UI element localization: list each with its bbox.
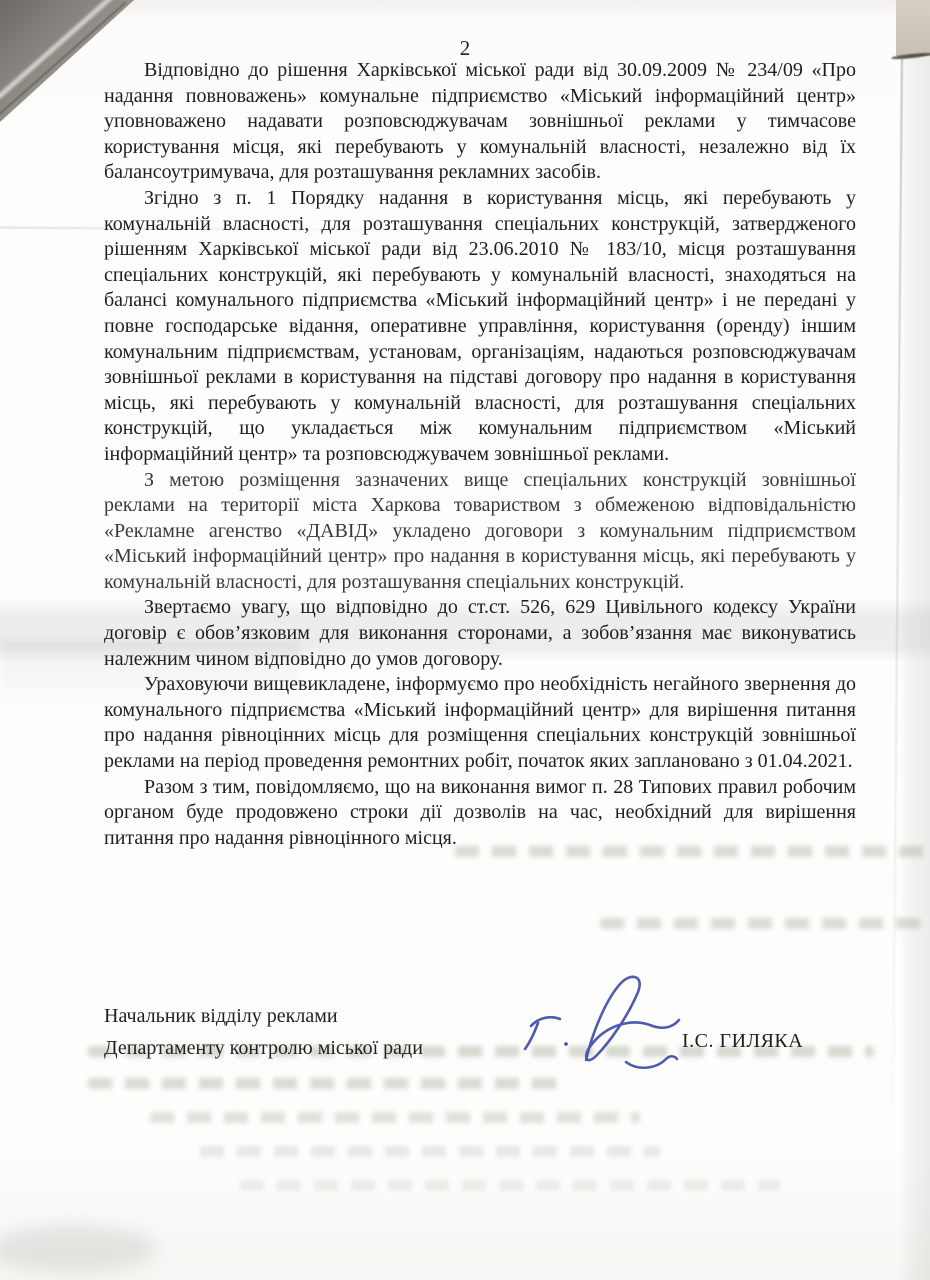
- bleedthrough-text-artifact: [600, 918, 925, 929]
- document-paragraph: Разом з тим, повідомляємо, що на виконан…: [104, 775, 856, 852]
- scanned-letter-page: 2 Відповідно до рішення Харківської місь…: [0, 0, 930, 1280]
- bleedthrough-text-artifact: [240, 1180, 780, 1191]
- bleedthrough-text-artifact: [150, 1112, 640, 1123]
- signer-role-line1: Начальник відділу реклами: [104, 1005, 338, 1027]
- page-right-edge-shading: [900, 56, 930, 1280]
- document-paragraph: Згідно з п. 1 Порядку надання в користув…: [104, 186, 856, 468]
- handwritten-signature-ink: [514, 968, 709, 1076]
- document-paragraph: Відповідно до рішення Харківської місько…: [104, 58, 856, 186]
- signer-role: Начальник відділу реклами Департаменту к…: [104, 1000, 423, 1064]
- signature-block: Начальник відділу реклами Департаменту к…: [104, 1000, 856, 1110]
- scan-smudge: [0, 1225, 158, 1273]
- bleedthrough-text-artifact: [200, 1146, 660, 1157]
- document-paragraph: З метою розміщення зазначених вище спеці…: [104, 468, 856, 596]
- signer-role-line2: Департаменту контролю міської ради: [104, 1037, 423, 1059]
- letter-body: Відповідно до рішення Харківської місько…: [104, 58, 856, 851]
- document-paragraph: Ураховуючи вищевикладене, інформуємо про…: [104, 672, 856, 774]
- document-paragraph: Звертаємо увагу, що відповідно до ст.ст.…: [104, 595, 856, 672]
- signer-name: І.С. ГИЛЯКА: [682, 1030, 803, 1053]
